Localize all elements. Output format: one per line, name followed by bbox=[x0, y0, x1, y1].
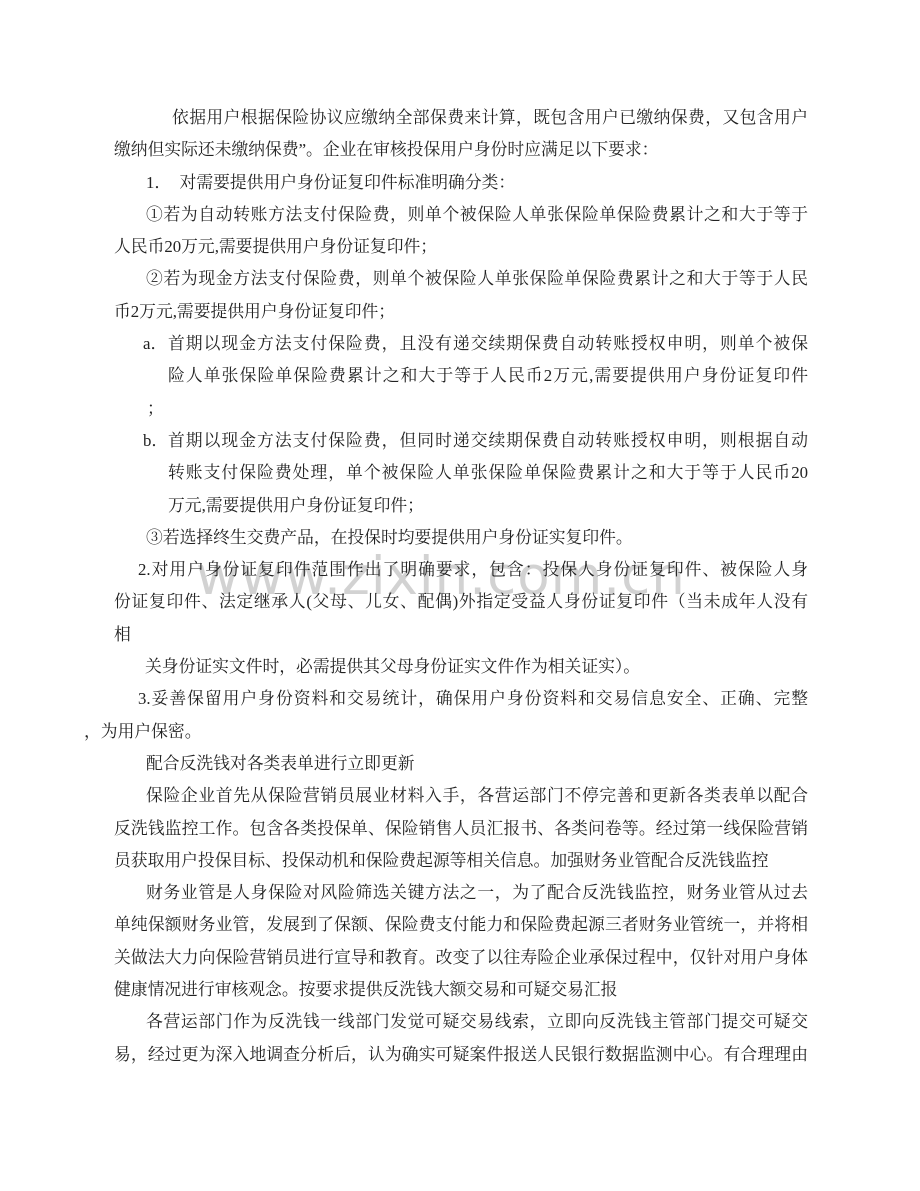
line-text: 相 bbox=[114, 625, 131, 644]
line-text: 份证复印件、法定继承人(父母、儿女、配偶)外指定受益人身份证复印件（当未成年人没… bbox=[114, 592, 808, 611]
line-text: 险人单张保险单保险费累计之和大于等于人民币2万元,需要提供用户身份证复印件 bbox=[168, 366, 808, 385]
line-text: 缴纳但实际还未缴纳保费”。企业在审核投保用户身份时应满足以下要求： bbox=[114, 140, 658, 159]
text-line: 配合反洗钱对各类表单进行立即更新 bbox=[114, 748, 808, 780]
text-line: 各营运部门作为反洗钱一线部门发觉可疑交易线索，立即向反洗钱主管部门提交可疑交 bbox=[114, 1006, 808, 1038]
text-line: ③若选择终生交费产品，在投保时均要提供用户身份证实复印件。 bbox=[114, 522, 808, 554]
line-text: 各营运部门作为反洗钱一线部门发觉可疑交易线索，立即向反洗钱主管部门提交可疑交 bbox=[146, 1012, 808, 1031]
text-line: 1． 对需要提供用户身份证复印件标准明确分类： bbox=[114, 167, 808, 199]
line-text: 2.对用户身份证复印件范围作出了明确要求，包含：投保人身份证复印件、被保险人身 bbox=[138, 560, 808, 579]
line-text: 反洗钱监控工作。包含各类投保单、保险销售人员汇报书、各类问卷等。经过第一线保险营… bbox=[114, 819, 808, 838]
line-text: 1． 对需要提供用户身份证复印件标准明确分类： bbox=[146, 173, 515, 192]
text-line: 健康情况进行审核观念。按要求提供反洗钱大额交易和可疑交易汇报 bbox=[114, 974, 808, 1006]
text-line: 员获取用户投保目标、投保动机和保险费起源等相关信息。加强财务业管配合反洗钱监控 bbox=[114, 845, 808, 877]
line-text: ，为用户保密。 bbox=[84, 722, 201, 741]
line-text: 人民币20万元,需要提供用户身份证复印件； bbox=[114, 237, 437, 256]
text-line: 关做法大力向保险营销员进行宣导和教育。改变了以往寿险企业承保过程中，仅针对用户身… bbox=[114, 942, 808, 974]
line-text: 依据用户根据保险协议应缴纳全部保费来计算，既包含用户已缴纳保费，又包含用户应 bbox=[172, 108, 808, 134]
line-text: 币2万元,需要提供用户身份证复印件； bbox=[114, 302, 395, 321]
text-line: ； bbox=[114, 393, 808, 425]
line-text: ②若为现金方法支付保险费，则单个被保险人单张保险单保险费累计之和大于等于人民 bbox=[146, 269, 808, 288]
line-text: 配合反洗钱对各类表单进行立即更新 bbox=[146, 754, 415, 773]
line-text: 关身份证实文件时，必需提供其父母身份证实文件作为相关证实）。 bbox=[145, 657, 640, 676]
line-text: 保险企业首先从保险营销员展业材料入手，各营运部门不停完善和更新各类表单以配合 bbox=[146, 786, 808, 805]
text-line: 缴纳但实际还未缴纳保费”。企业在审核投保用户身份时应满足以下要求： bbox=[114, 134, 808, 166]
line-text: 单纯保额财务业管，发展到了保额、保险费支付能力和保险费起源三者财务业管统一，并将… bbox=[114, 915, 808, 934]
text-line: a．首期以现金方法支付保险费，且没有递交续期保费自动转账授权申明，则单个被保 bbox=[114, 328, 808, 360]
text-line: 单纯保额财务业管，发展到了保额、保险费支付能力和保险费起源三者财务业管统一，并将… bbox=[114, 909, 808, 941]
line-text: 员获取用户投保目标、投保动机和保险费起源等相关信息。加强财务业管配合反洗钱监控 bbox=[114, 851, 768, 870]
text-line: 份证复印件、法定继承人(父母、儿女、配偶)外指定受益人身份证复印件（当未成年人没… bbox=[114, 586, 808, 618]
line-text: 易，经过更为深入地调查分析后，认为确实可疑案件报送人民银行数据监测中心。有合理理… bbox=[114, 1045, 808, 1064]
line-text: 财务业管是人身保险对风险筛选关键方法之一，为了配合反洗钱监控，财务业管从过去 bbox=[146, 883, 808, 902]
line-text: 首期以现金方法支付保险费，且没有递交续期保费自动转账授权申明，则单个被保 bbox=[168, 334, 808, 353]
line-text: 3.妥善保留用户身份资料和交易统计，确保用户身份资料和交易信息安全、正确、完整 bbox=[138, 689, 808, 708]
text-line: 保险企业首先从保险营销员展业材料入手，各营运部门不停完善和更新各类表单以配合 bbox=[114, 780, 808, 812]
text-line: 险人单张保险单保险费累计之和大于等于人民币2万元,需要提供用户身份证复印件 bbox=[114, 360, 808, 392]
line-text: 转账支付保险费处理，单个被保险人单张保险单保险费累计之和大于等于人民币20 bbox=[168, 463, 808, 482]
text-line: 2.对用户身份证复印件范围作出了明确要求，包含：投保人身份证复印件、被保险人身 bbox=[114, 554, 808, 586]
text-line: ②若为现金方法支付保险费，则单个被保险人单张保险单保险费累计之和大于等于人民 bbox=[114, 263, 808, 295]
text-line: 依据用户根据保险协议应缴纳全部保费来计算，既包含用户已缴纳保费，又包含用户应 bbox=[114, 102, 808, 134]
text-line: 关身份证实文件时，必需提供其父母身份证实文件作为相关证实）。 bbox=[114, 651, 808, 683]
text-line: 易，经过更为深入地调查分析后，认为确实可疑案件报送人民银行数据监测中心。有合理理… bbox=[114, 1039, 808, 1071]
text-line: 财务业管是人身保险对风险筛选关键方法之一，为了配合反洗钱监控，财务业管从过去 bbox=[114, 877, 808, 909]
list-marker: a． bbox=[143, 328, 167, 360]
document-page: www.zixin.com.cn 依据用户根据保险协议应缴纳全部保费来计算，既包… bbox=[0, 0, 920, 1191]
text-line: ①若为自动转账方法支付保险费，则单个被保险人单张保险单保险费累计之和大于等于 bbox=[114, 199, 808, 231]
line-text: ③若选择终生交费产品，在投保时均要提供用户身份证实复印件。 bbox=[146, 528, 633, 547]
line-text: ； bbox=[147, 399, 164, 418]
text-line: 反洗钱监控工作。包含各类投保单、保险销售人员汇报书、各类问卷等。经过第一线保险营… bbox=[114, 813, 808, 845]
text-line: b．首期以现金方法支付保险费，但同时递交续期保费自动转账授权申明，则根据自动 bbox=[114, 425, 808, 457]
text-line: 3.妥善保留用户身份资料和交易统计，确保用户身份资料和交易信息安全、正确、完整 bbox=[114, 683, 808, 715]
line-text: 首期以现金方法支付保险费，但同时递交续期保费自动转账授权申明，则根据自动 bbox=[168, 431, 808, 450]
line-text: 万元,需要提供用户身份证复印件； bbox=[168, 496, 424, 515]
text-line: 币2万元,需要提供用户身份证复印件； bbox=[114, 296, 808, 328]
line-text: 健康情况进行审核观念。按要求提供反洗钱大额交易和可疑交易汇报 bbox=[114, 980, 617, 999]
text-line: 人民币20万元,需要提供用户身份证复印件； bbox=[114, 231, 808, 263]
text-line: 万元,需要提供用户身份证复印件； bbox=[114, 490, 808, 522]
line-text: 关做法大力向保险营销员进行宣导和教育。改变了以往寿险企业承保过程中，仅针对用户身… bbox=[114, 948, 808, 967]
text-line: ，为用户保密。 bbox=[84, 716, 808, 748]
line-text: ①若为自动转账方法支付保险费，则单个被保险人单张保险单保险费累计之和大于等于 bbox=[146, 205, 808, 224]
text-line: 相 bbox=[114, 619, 808, 651]
text-line: 转账支付保险费处理，单个被保险人单张保险单保险费累计之和大于等于人民币20 bbox=[114, 457, 808, 489]
list-marker: b． bbox=[143, 425, 168, 457]
document-body: 依据用户根据保险协议应缴纳全部保费来计算，既包含用户已缴纳保费，又包含用户应缴纳… bbox=[114, 102, 808, 1071]
